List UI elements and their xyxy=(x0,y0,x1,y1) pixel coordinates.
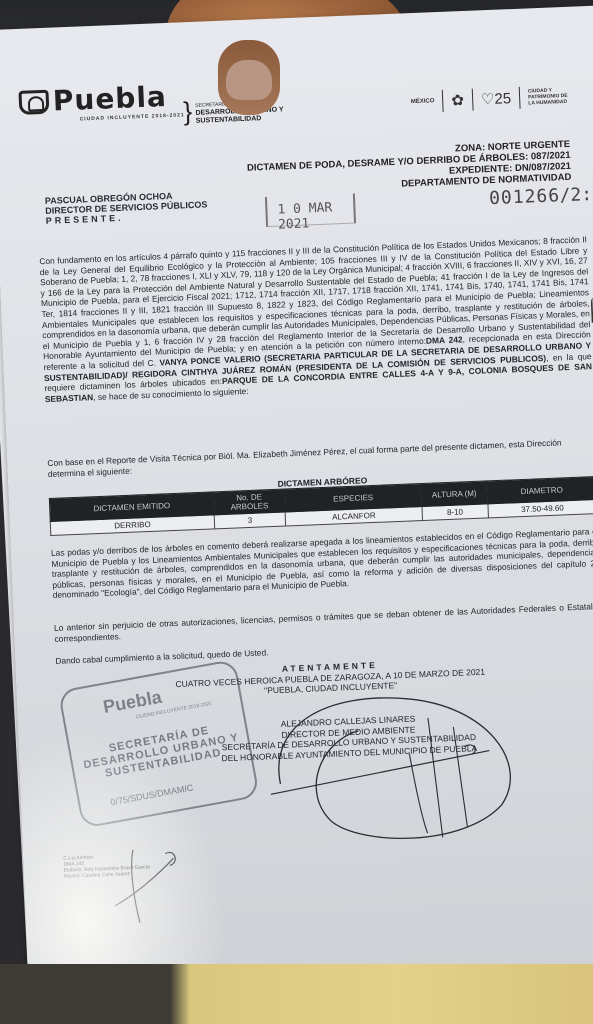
brace-divider: } xyxy=(183,96,193,127)
logo-word: Puebla xyxy=(52,83,167,116)
divider xyxy=(519,87,521,109)
margin-scribble: ⌠ xyxy=(585,296,593,323)
document-content: Puebla CIUDAD INCLUYENTE 2018-2021 } SEC… xyxy=(32,66,589,158)
ground xyxy=(0,964,593,1024)
seal-code: 0/75/SDUS/DMAM/C xyxy=(110,782,194,807)
cell-diametro: 37.50-49.60 xyxy=(487,500,593,518)
internal-number: DMA 242 xyxy=(426,335,463,346)
heart-25-icon: ♡25 xyxy=(481,89,512,108)
guidelines-paragraph: Las podas y/o derribos de los árboles en… xyxy=(51,526,593,601)
handwritten-signature xyxy=(236,654,543,856)
received-date-stamp: 1 0 MAR 2021 xyxy=(265,193,356,227)
initials-signature xyxy=(103,843,186,926)
legal-basis-paragraph: Con fundamento en los artículos 4 párraf… xyxy=(39,234,593,404)
divider xyxy=(472,89,474,111)
col-altura: ALTURA (M) xyxy=(421,481,487,507)
thumbnail xyxy=(226,60,272,100)
unesco-icon: CIUDAD Y PATRIMONIO DE LA HUMANIDAD xyxy=(528,87,569,107)
partner-icons: MÉXICO ✿ ♡25 CIUDAD Y PATRIMONIO DE LA H… xyxy=(410,85,568,113)
cell-num-arboles: 3 xyxy=(214,512,286,529)
document-page: Puebla CIUDAD INCLUYENTE 2018-2021 } SEC… xyxy=(0,5,593,994)
divider xyxy=(442,90,444,112)
folio-number: 001266 xyxy=(489,185,561,209)
folio-suffix: /2: xyxy=(559,184,592,206)
addressee: PASCUAL OBREGÓN OCHOA DIRECTOR DE SERVIC… xyxy=(45,189,208,225)
mexico-icon: MÉXICO xyxy=(411,98,435,106)
shield-icon xyxy=(18,90,49,115)
ring-emblem-icon: ✿ xyxy=(451,91,464,109)
cell-altura: 8-10 xyxy=(422,504,488,521)
col-num-arboles: No. DE ARBOLES xyxy=(213,489,285,515)
puebla-logo: Puebla xyxy=(18,83,167,117)
